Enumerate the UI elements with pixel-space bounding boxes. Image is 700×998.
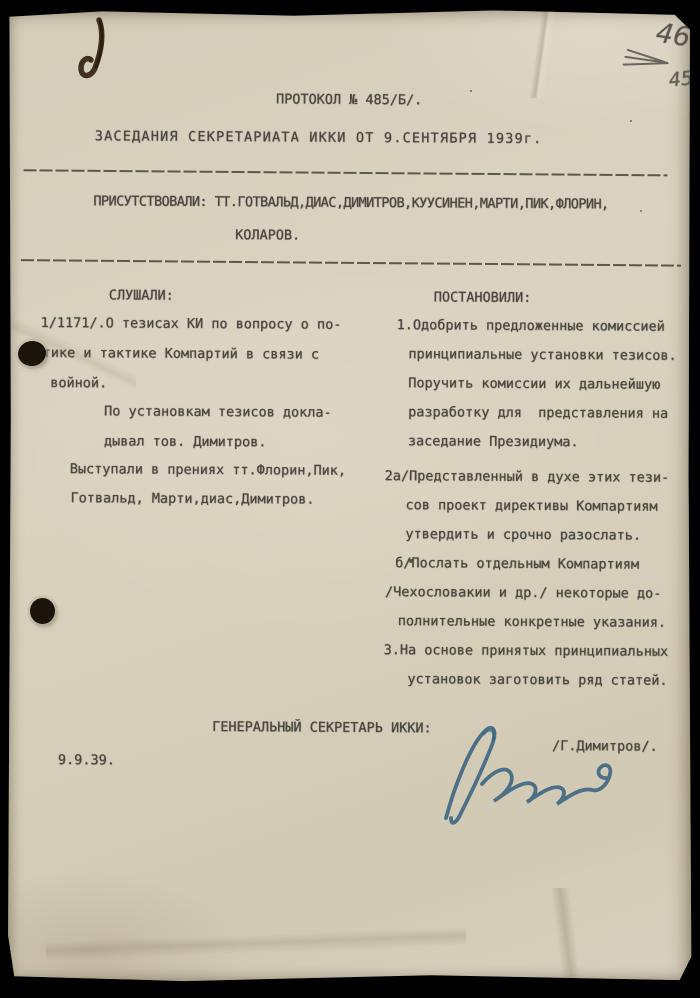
document-date: 9.9.39.	[58, 752, 115, 768]
resolved-line: разработку для представления на	[408, 404, 668, 422]
heard-line: литике и тактике Компартий в связи с	[26, 345, 319, 363]
attendees-line-1: ПРИСУТСТВОВАЛИ: ТТ.ГОТВАЛЬД,ДИАС,ДИМИТРО…	[93, 193, 608, 212]
heard-line: По установкам тезисов докла-	[104, 403, 332, 420]
resolved-line: полнительные конкретные указания.	[398, 613, 666, 631]
protocol-title: ПРОТОКОЛ № 485/Б/.	[276, 91, 422, 108]
closing-title: ГЕНЕРАЛЬНЫЙ СЕКРЕТАРЬ ИККИ:	[212, 719, 432, 736]
document-page: 46 45 ПРОТОКОЛ № 485/Б/. ЗАСЕДАНИЯ СЕКРЕ…	[6, 8, 692, 984]
attendees-line-2: КОЛАРОВ.	[235, 227, 300, 243]
resolved-header: ПОСТАНОВИЛИ:	[434, 289, 532, 306]
resolved-line: заседание Президиума.	[408, 433, 579, 450]
resolved-line: утвердить и срочно разослать.	[405, 526, 641, 543]
resolved-line: сов проект директивы Компартиям	[405, 497, 657, 515]
hole-punch-mark	[30, 598, 55, 624]
protocol-subtitle: ЗАСЕДАНИЯ СЕКРЕТАРИАТА ИККИ ОТ 9.СЕНТЯБР…	[95, 128, 543, 147]
resolved-line: 2а/Представленный в духе этих тези-	[385, 468, 670, 486]
resolved-line: Поручить комиссии их дальнейшую	[408, 375, 660, 393]
resolved-line: 3.На основе принятых принципиальных	[384, 642, 669, 660]
scan-background: 46 45 ПРОТОКОЛ № 485/Б/. ЗАСЕДАНИЯ СЕКРЕ…	[0, 0, 700, 998]
heard-header: СЛУШАЛИ:	[109, 287, 174, 303]
resolved-line: 1.Одобрить предложенные комиссией	[397, 317, 665, 335]
resolved-line: /Чехословакии и др./ некоторые до-	[385, 584, 661, 602]
resolved-line: б/Послать отдельным Компартиям	[395, 555, 639, 572]
resolved-line: установок заготовить ряд статей.	[407, 671, 667, 689]
signature	[424, 722, 654, 832]
heard-line: Выступали в прениях тт.Флорин,Пик,	[70, 461, 346, 479]
heard-line: Готвальд, Марти,диас,Димитров.	[71, 490, 315, 507]
heard-line: войной.	[50, 375, 107, 391]
heard-line: дывал тов. Димитров.	[104, 433, 267, 450]
resolved-line: принципиальные установки тезисов.	[408, 346, 676, 364]
divider-line-bottom	[21, 259, 681, 266]
typewritten-content: ПРОТОКОЛ № 485/Б/. ЗАСЕДАНИЯ СЕКРЕТАРИАТ…	[1, 8, 693, 988]
divider-line-top	[24, 169, 668, 176]
heard-line: 1/1171/.О тезисах КИ по вопросу о по-	[41, 315, 342, 333]
